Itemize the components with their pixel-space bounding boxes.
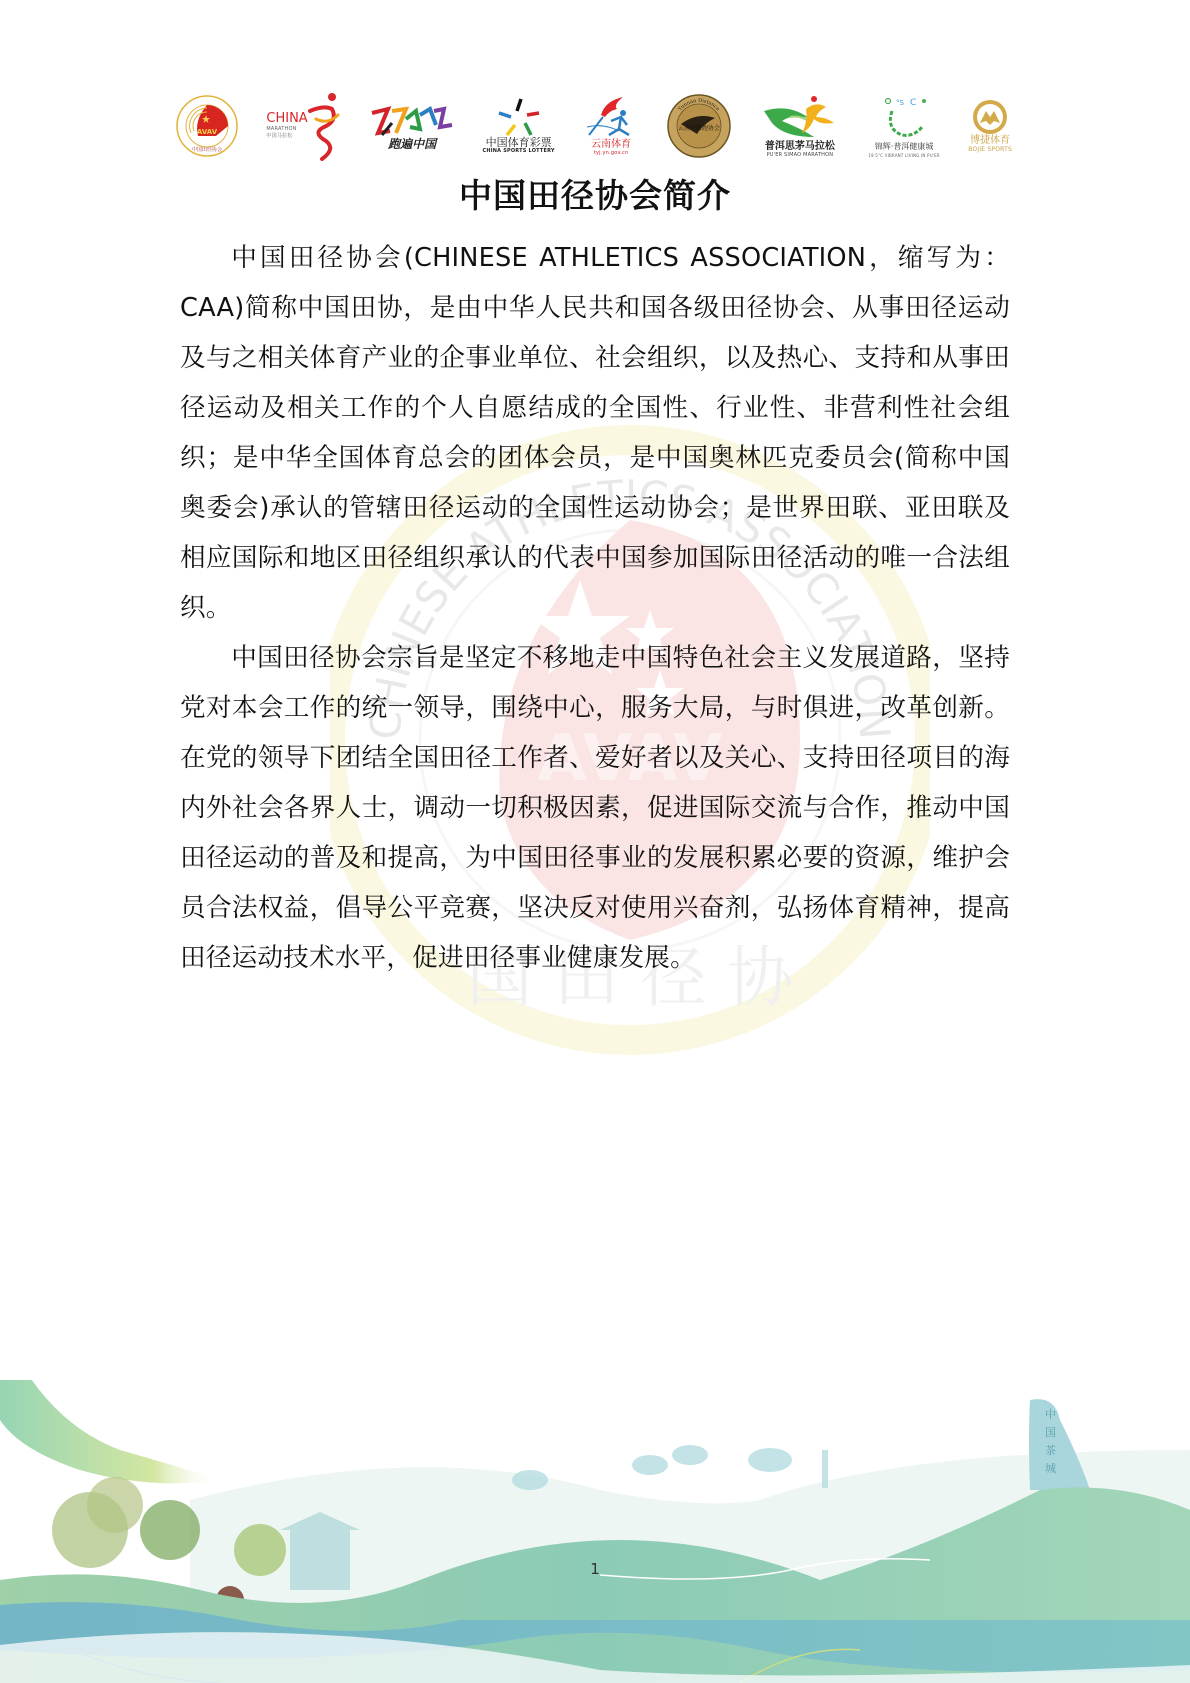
logo-puer-simao-marathon: 普洱思茅马拉松 PU'ER SIMAO MARATHON [760, 86, 840, 166]
svg-text:AVAV: AVAV [197, 128, 218, 136]
logo-yunnan-sports: 云南体育 tyj.yn.gov.cn [583, 86, 639, 166]
svg-text:茶: 茶 [1045, 1443, 1056, 1457]
lottery-star-icon [497, 97, 541, 137]
logo-caa: AVAV 中国田径协会 [176, 86, 238, 166]
runner-icon [302, 91, 342, 161]
torch-runner-icon [583, 95, 639, 139]
footer-landscape-illustration: 中 国 茶 城 [0, 1380, 1190, 1683]
paragraph-introduction: 中国田径协会(CHINESE ATHLETICS ASSOCIATION，缩写为… [180, 233, 1010, 633]
paobian-ribbon-icon [370, 103, 454, 139]
logo-china-marathon: CHINA MARATHON 中国马拉松 [266, 86, 341, 166]
caa-emblem-icon: AVAV 中国田径协会 [176, 95, 238, 157]
svg-text:国: 国 [1045, 1426, 1056, 1439]
svg-text:城: 城 [1045, 1462, 1056, 1475]
document-body: 中国田径协会(CHINESE ATHLETICS ASSOCIATION，缩写为… [180, 233, 1010, 983]
svg-text:°S: °S [896, 99, 905, 107]
logo-china-sports-lottery: 中国体育彩票 CHINA SPORTS LOTTERY [482, 86, 554, 166]
health-city-c-icon: °S C [878, 93, 930, 141]
document-title: 中国田径协会简介 [0, 170, 1190, 217]
svg-text:C: C [910, 98, 916, 108]
page-number: 1 [0, 1560, 1190, 1578]
svg-text:云南省路跑协会: 云南省路跑协会 [678, 124, 720, 132]
running-association-seal-icon: 云南省路跑协会 Yunnan Distance [667, 94, 731, 158]
logo-jinhui-puer-health-city: °S C 锦辉·普洱健康城 19.5°C VIBRANT LIVING IN P… [868, 86, 940, 166]
svg-text:中国田径协会: 中国田径协会 [192, 146, 222, 153]
sponsor-logo-bar: AVAV 中国田径协会 CHINA MARATHON 中国马拉松 跑遍中国 [176, 86, 1012, 166]
stone-text-1: 中 [1045, 1407, 1056, 1421]
puer-marathon-mark-icon [760, 93, 840, 141]
logo-bojie-sports: 博捷体育 BOJIE SPORTS [968, 86, 1012, 166]
paragraph-mission: 中国田径协会宗旨是坚定不移地走中国特色社会主义发展道路，坚持党对本会工作的统一领… [180, 633, 1010, 983]
logo-yunnan-running-association: 云南省路跑协会 Yunnan Distance [667, 86, 731, 166]
bojie-emblem-icon [972, 99, 1008, 135]
logo-paobian-zhongguo: 跑遍中国 [370, 86, 454, 166]
